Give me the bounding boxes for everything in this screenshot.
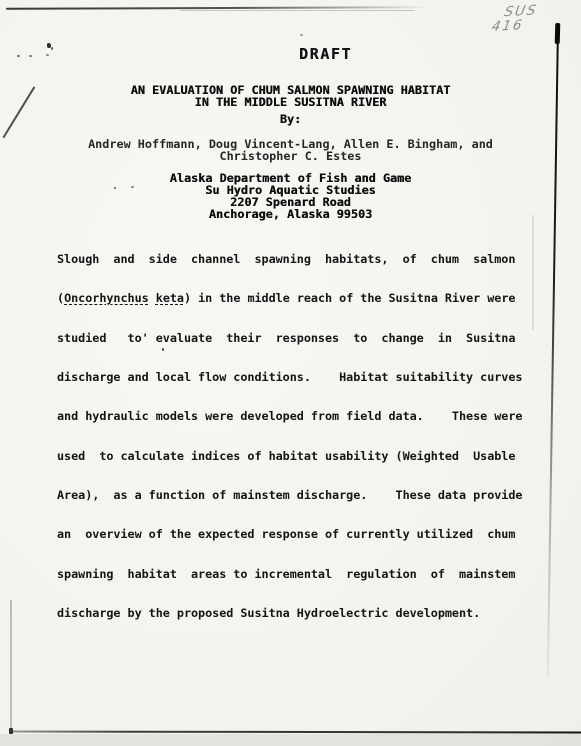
ink-speck [51,47,53,50]
abstract-line: discharge by the proposed Susitna Hydroe… [57,608,522,619]
abstract-line: (Oncorhynchus keta) in the middle reach … [57,293,522,304]
abstract-text [149,291,156,305]
species-epithet: keta [156,291,184,305]
abstract-line: Area), as a function of mainstem dischar… [57,490,522,501]
draft-stamp: DRAFT [299,45,352,63]
abstract-line: discharge and local flow conditions. Hab… [57,372,522,383]
ink-speck [300,34,303,36]
abstract-line: Slough and side channel spawning habitat… [57,254,522,265]
title-line-2: IN THE MIDDLE SUSITNA RIVER [0,96,581,108]
ink-speck [29,55,32,57]
authors-line-2: Christopher C. Estes [0,150,581,162]
affiliation-line-4: Anchorage, Alaska 99503 [0,208,581,220]
handwritten-id-note: SUS 416 [494,2,560,34]
scan-bottom-margin [0,734,581,746]
scanned-document-page: SUS 416 DRAFT AN EVALUATION OF CHUM SALM… [0,0,581,746]
abstract-line: and hydraulic models were developed from… [57,411,522,422]
abstract-paragraph: Slough and side channel spawning habitat… [57,226,522,647]
scan-left-edge-line [10,600,12,733]
abstract-text: ( [57,291,64,305]
abstract-line: studied to' evaluate their responses to … [57,333,522,344]
abstract-line: spawning habitat areas to incremental re… [57,569,522,580]
ink-speck [17,55,20,57]
ink-speck [46,54,49,56]
scan-top-edge-shadow [180,10,415,11]
scan-streak [532,215,534,330]
abstract-line: used to calculate indices of habitat usa… [57,451,522,462]
abstract-line: an overview of the expected response of … [57,529,522,540]
species-genus: Oncorhynchus [64,291,149,305]
scan-left-corner-mark [9,728,13,734]
abstract-text: ) in the middle reach of the Susitna Riv… [184,291,515,305]
byline-label: By: [0,113,581,125]
handwritten-id-line2: 416 [490,16,557,35]
